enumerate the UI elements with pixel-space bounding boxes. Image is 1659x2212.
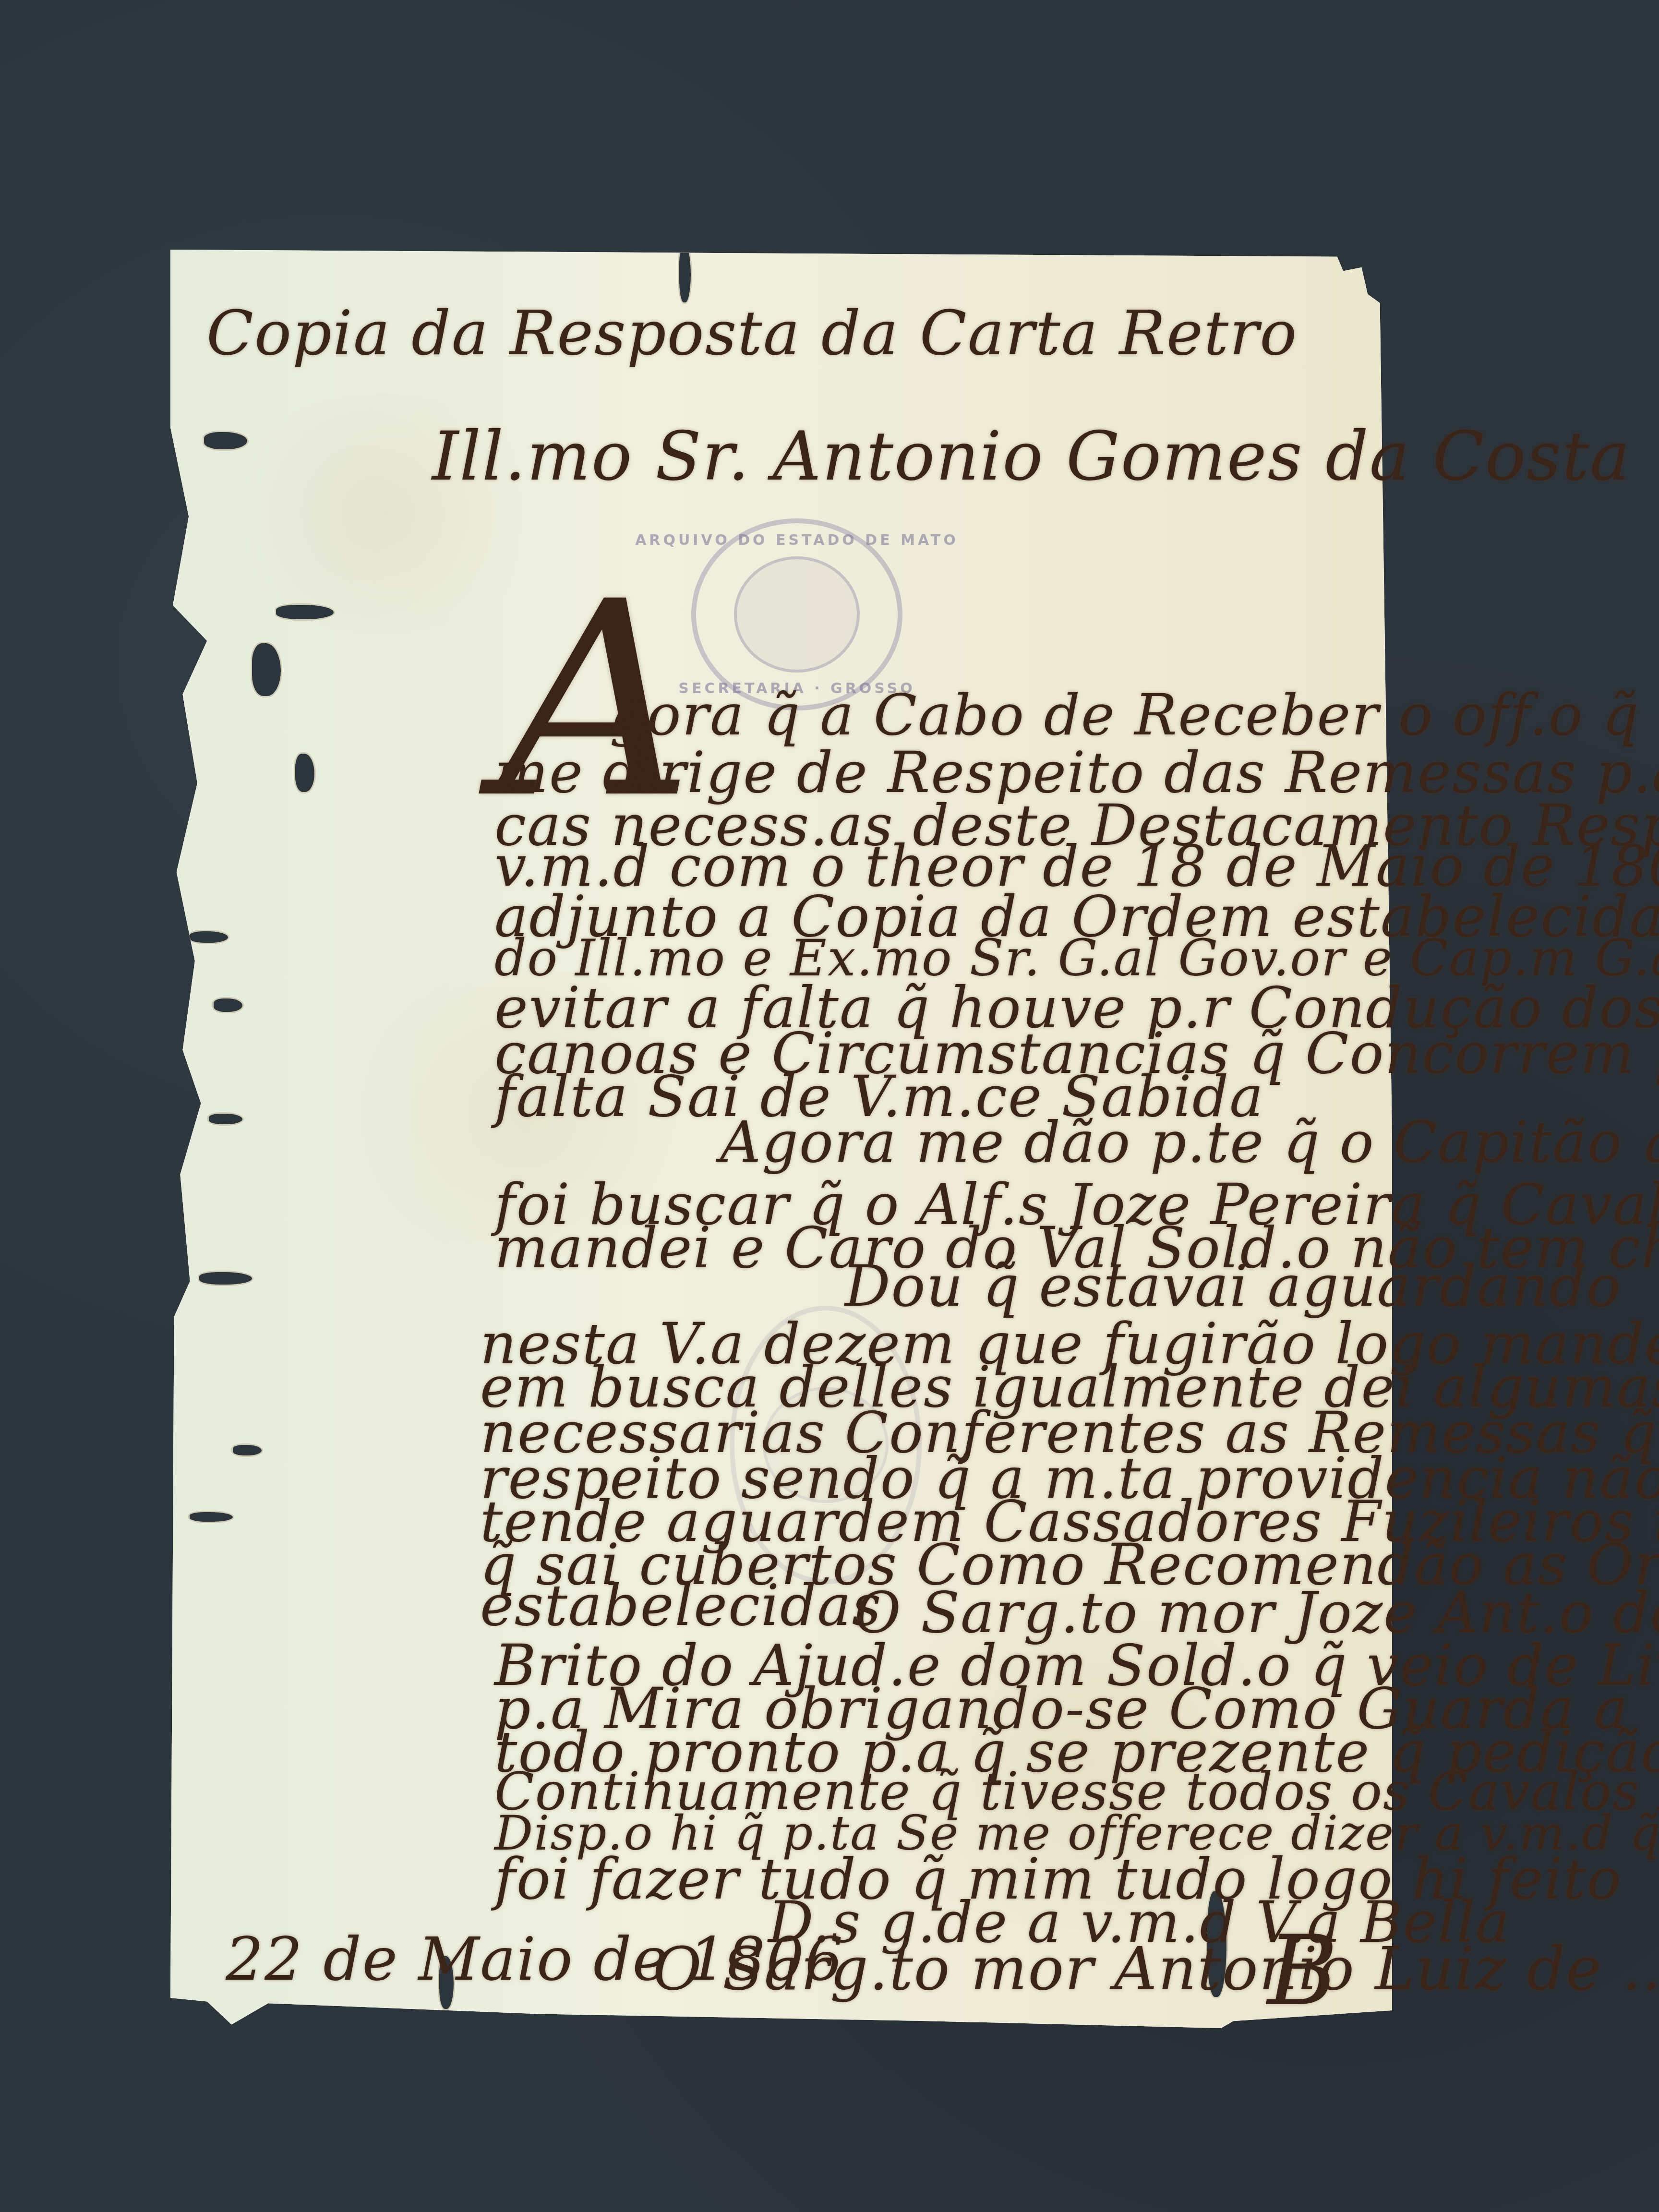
paper-damage-hole <box>190 1512 233 1522</box>
signature: O Sarg.to mor Antonio Luiz de ... <box>653 1935 1659 2004</box>
paper-damage-hole <box>190 931 228 943</box>
salutation: Ill.mo Sr. Antonio Gomes da Costa <box>432 418 1631 496</box>
salutation-title: Sr. <box>655 418 750 496</box>
paper-damage-hole <box>252 643 281 696</box>
text-line: Agora me dão p.te q̃ o Capitão que <box>720 1109 1659 1175</box>
paper-damage-hole <box>199 1272 252 1285</box>
text-line: Dou q̃ estavai aguardando <box>845 1253 1622 1319</box>
paper-damage-hole <box>233 1445 262 1455</box>
text-line: estabelecidas <box>480 1572 882 1638</box>
salutation-honorific: Ill.mo <box>432 418 633 496</box>
signature-name: Antonio Luiz de ... <box>1114 1935 1659 2004</box>
paper-damage-hole <box>679 245 691 302</box>
signature-rubric: B <box>1267 1915 1339 2027</box>
signature-prefix: O Sarg.to mor <box>653 1935 1094 2004</box>
paper-damage-hole <box>276 605 334 619</box>
text-line: gora q̃ a Cabo de Receber o off.o q̃ v.m… <box>610 682 1659 748</box>
paper-damage-hole <box>295 754 314 792</box>
salutation-name: Antonio Gomes da Costa <box>772 418 1631 496</box>
paper-damage-hole <box>204 432 247 449</box>
paper-damage-hole <box>214 998 242 1012</box>
stamp-emblem <box>734 556 860 673</box>
document-heading: Copia da Resposta da Carta Retro <box>206 298 1298 369</box>
paper-damage-hole <box>209 1114 242 1124</box>
